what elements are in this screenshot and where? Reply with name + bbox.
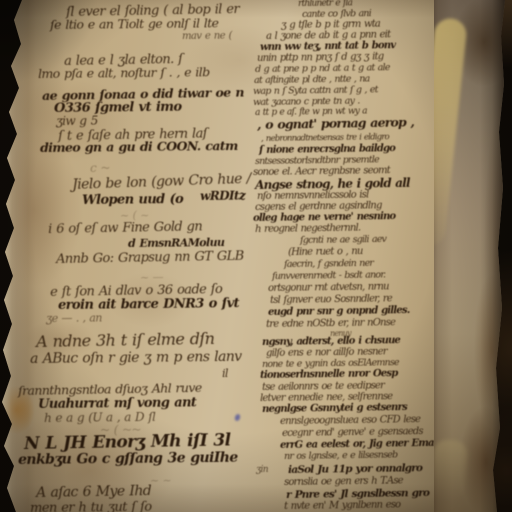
handwritten-line: ortsgonur rnt atvetsn, nrnu (268, 282, 389, 294)
handwritten-line: ſunvverenrnedt - bsdt anor. (272, 270, 385, 281)
handwritten-line: , o ognat' pornag aerop , (257, 116, 414, 131)
curled-fold-highlight-lower (430, 439, 468, 501)
handwritten-line: ſgcnti ne ae sgili aev (300, 235, 386, 246)
handwritten-line: ecegnr end' genve' e gsensaeds (282, 427, 423, 439)
handwritten-line: ennslgeoognsluea eso CFD lese (280, 415, 420, 427)
right-text-column: rthlunetr e ſlacante co ſlvb aniʒ g tſle… (0, 0, 434, 512)
handwritten-line: iaSol Ju 11p yor onnalgro (288, 463, 422, 475)
handwritten-line: sornslia oe gen ers h T.Ase (284, 476, 403, 488)
manuscript-photo: ſl ever el ſoling ( al bop il erſe ltio … (0, 0, 512, 512)
handwritten-line: eugd pnr snr g onpnd gilles. (268, 306, 410, 318)
manuscript-page: ſl ever el ſoling ( al bop il erſe ltio … (0, 0, 434, 512)
handwritten-line: d g at pne p p nd at a t g at ale (255, 63, 390, 74)
handwritten-line: t nvte en' M ygnlbenn eso (284, 500, 400, 512)
handwritten-line: negnlgse Gsnnytei g estsenrs (262, 403, 407, 415)
handwritten-line: nr os lgnslse, e e lilsesnseb (284, 450, 397, 461)
handwritten-line: r Pnre es' Jl sgnslbessn gro (286, 488, 429, 500)
handwritten-line: Angse stnog, he i gold all (255, 177, 410, 191)
handwritten-line: ſaecrin, f gsndein ner (284, 259, 373, 270)
handwritten-line: , nebronnadtnetsensas tre i eldigro (261, 133, 389, 143)
handwritten-line: h reognel negesthernnl. (255, 224, 360, 235)
handwritten-line: (Hine ruet o , nu (288, 247, 363, 258)
handwritten-line: tsl ſgnver euo Sosnndler, re (270, 294, 392, 306)
handwritten-line: tionoserlnsnnelle nror Oesp (260, 369, 398, 381)
